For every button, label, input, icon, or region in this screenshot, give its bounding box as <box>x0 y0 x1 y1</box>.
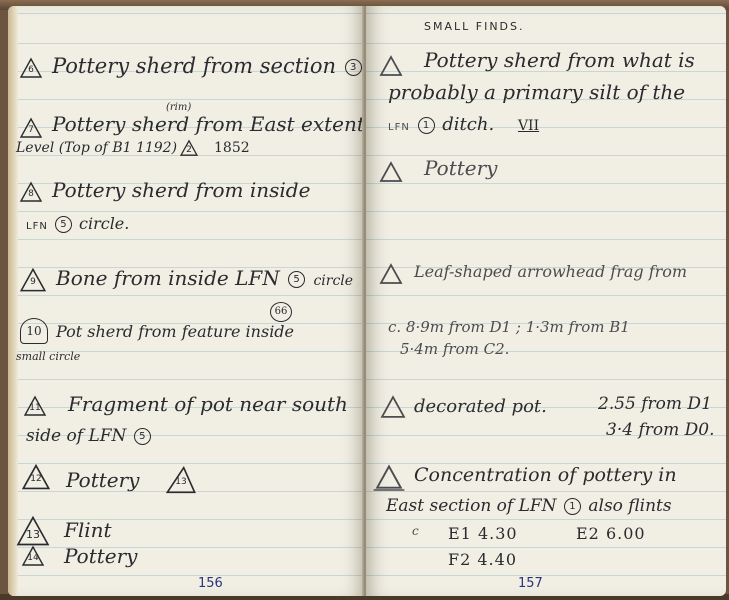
entry-1-line-2: probably a primary silt of the <box>388 80 685 104</box>
entry-7-number: 1852 <box>214 140 250 156</box>
triangle-marker-icon <box>376 464 402 490</box>
triangle-marker-icon: 7 <box>20 118 42 138</box>
left-page: 6 Pottery sherd from section 3B 7 (rim) … <box>8 6 364 596</box>
entry-11-line-2: side of LFN 5 <box>26 426 153 446</box>
triangle-marker-icon: 13 <box>166 466 196 494</box>
triangle-marker-icon: 11 <box>24 396 46 416</box>
triangle-marker-icon: 12 <box>22 464 50 490</box>
circled-number: 3 <box>345 59 362 76</box>
entry-14-text: Pottery <box>64 544 137 568</box>
entry-8-line-2: LFN 5 circle. <box>26 214 129 233</box>
entry-1-line-3: LFN 1 ditch. VII <box>388 114 539 135</box>
triangle-marker-icon <box>380 264 402 284</box>
circled-number: 1 <box>564 498 581 515</box>
triangle-marker-icon: 13 <box>16 516 50 546</box>
entry-8-line-1: Pottery sherd from inside <box>52 178 310 202</box>
circled-number: 5 <box>134 428 151 445</box>
entry-7-line-1: Pottery sherd from East extention <box>52 112 364 136</box>
entry-4-text: decorated pot. <box>414 396 547 417</box>
triangle-marker-icon <box>380 162 402 182</box>
entry-9-text: Bone from inside LFN 5 circle <box>56 266 353 290</box>
entry-5-measure-1: E1 4.30 <box>448 524 518 543</box>
triangle-marker-icon: 2 <box>180 140 198 156</box>
entry-10-annotation: 66 <box>270 302 292 322</box>
entry-3-line-3: 5·4m from C2. <box>400 340 509 358</box>
circled-number: 1 <box>418 117 435 134</box>
triangle-marker-icon: 8 <box>20 182 42 202</box>
entry-3-line-2: c. 8·9m from D1 ; 1·3m from B1 <box>388 318 630 336</box>
entry-6-text: Pottery sherd from section 3B <box>52 54 364 78</box>
entry-1-line-1: Pottery sherd from what is <box>424 48 695 72</box>
right-page: SMALL FINDS. Pottery sherd from what is … <box>366 6 726 596</box>
entry-5-measure-3: F2 4.40 <box>448 550 517 569</box>
entry-12-text: Pottery <box>66 468 139 492</box>
entry-10-line-1: Pot sherd from feature inside <box>56 322 294 341</box>
circled-number: 5 <box>288 271 305 288</box>
entry-13-text: Flint <box>64 518 112 542</box>
circled-number: 5 <box>55 216 72 233</box>
entry-3-line-1: Leaf-shaped arrowhead frag from <box>414 262 687 281</box>
entry-7-line-2: Level (Top of B1 1192) <box>16 140 177 156</box>
entry-10-line-2: small circle <box>16 350 80 363</box>
entry-2-text: Pottery <box>424 156 497 180</box>
triangle-marker-icon: 6 <box>20 58 42 78</box>
triangle-marker-icon <box>380 396 406 418</box>
triangle-marker-icon <box>380 56 402 76</box>
entry-5-line-1: Concentration of pottery in <box>414 464 677 486</box>
triangle-marker-icon: 9 <box>20 268 46 292</box>
entry-10-marker: 10 <box>20 318 48 344</box>
entry-5-line-2: East section of LFN 1 also flints <box>386 496 672 516</box>
triangle-marker-icon: 14 <box>22 546 44 566</box>
entry-4-measure-1: 2.55 from D1 <box>598 394 712 414</box>
entry-5-circa: c <box>412 524 419 538</box>
page-number: 156 <box>198 576 223 591</box>
entry-11-line-1: Fragment of pot near south <box>68 392 348 416</box>
entry-4-measure-2: 3·4 from D0. <box>606 420 714 440</box>
entry-5-measure-2: E2 6.00 <box>576 524 646 543</box>
page-heading: SMALL FINDS. <box>424 20 525 33</box>
page-number: 157 <box>518 576 543 591</box>
